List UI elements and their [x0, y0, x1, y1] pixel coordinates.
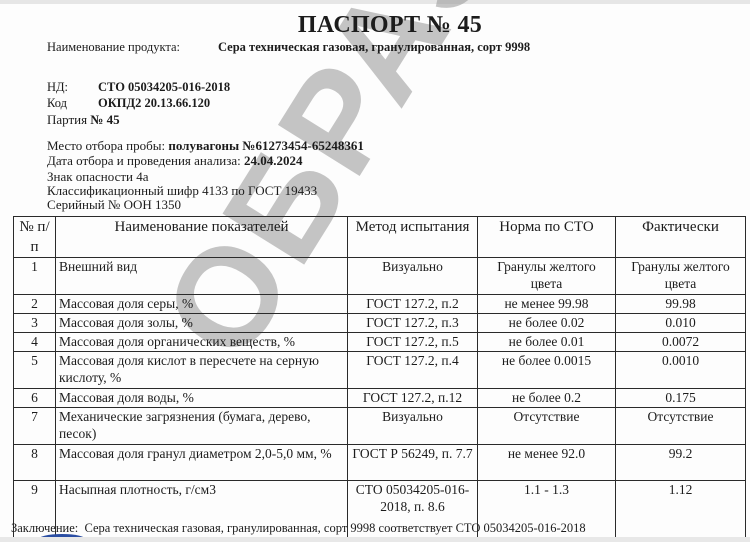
row-number: 2 [14, 295, 56, 314]
analysis-date-line: Дата отбора и проведения анализа: 24.04.… [47, 153, 302, 169]
row-norm: не более 0.01 [478, 333, 616, 352]
row-actual: 0.175 [616, 389, 746, 408]
row-number: 4 [14, 333, 56, 352]
row-method: ГОСТ 127.2, п.2 [348, 295, 478, 314]
row-actual: 99.98 [616, 295, 746, 314]
row-indicator: Массовая доля органических веществ, % [56, 333, 348, 352]
analysis-date-label: Дата отбора и проведения анализа: [47, 153, 241, 168]
bottom-edge [0, 537, 750, 542]
row-method: Визуально [348, 258, 478, 295]
row-norm: Отсутствие [478, 408, 616, 445]
row-actual: Гранулы желтого цвета [616, 258, 746, 295]
row-norm: не более 0.0015 [478, 352, 616, 389]
row-method: ГОСТ 127.2, п.3 [348, 314, 478, 333]
table-header-row: № п/п Наименование показателей Метод исп… [14, 217, 746, 258]
header-actual: Фактически [616, 217, 746, 258]
row-actual: 0.010 [616, 314, 746, 333]
header-norm: Норма по СТО [478, 217, 616, 258]
row-norm: не менее 99.98 [478, 295, 616, 314]
code-label: Код [47, 96, 67, 111]
conclusion-label: Заключение: [11, 521, 78, 535]
table-row: 1Внешний видВизуальноГранулы желтого цве… [14, 258, 746, 295]
row-indicator: Массовая доля серы, % [56, 295, 348, 314]
code-value: ОКПД2 20.13.66.120 [98, 96, 210, 111]
product-label: Наименование продукта: [47, 40, 180, 55]
row-actual: 99.2 [616, 445, 746, 481]
row-indicator: Механические загрязнения (бумага, дерево… [56, 408, 348, 445]
row-number: 5 [14, 352, 56, 389]
top-edge [0, 0, 750, 4]
quality-table: № п/п Наименование показателей Метод исп… [13, 216, 746, 538]
row-number: 6 [14, 389, 56, 408]
row-actual: 0.0072 [616, 333, 746, 352]
passport-title: ПАСПОРТ № 45 [0, 12, 750, 39]
nd-label: НД: [47, 80, 68, 95]
row-number: 7 [14, 408, 56, 445]
row-indicator: Массовая доля золы, % [56, 314, 348, 333]
row-method: ГОСТ 127.2, п.4 [348, 352, 478, 389]
sampling-place-label: Место отбора пробы: [47, 138, 165, 153]
row-norm: Гранулы желтого цвета [478, 258, 616, 295]
table-row: 8Массовая доля гранул диаметром 2,0-5,0 … [14, 445, 746, 481]
row-norm: не более 0.2 [478, 389, 616, 408]
header-method: Метод испытания [348, 217, 478, 258]
row-indicator: Внешний вид [56, 258, 348, 295]
header-number: № п/п [14, 217, 56, 258]
conclusion: Заключение: Сера техническая газовая, гр… [11, 521, 586, 536]
sampling-place-line: Место отбора пробы: полувагоны №61273454… [47, 138, 364, 154]
table-row: 2Массовая доля серы, %ГОСТ 127.2, п.2не … [14, 295, 746, 314]
row-actual: 1.12 [616, 481, 746, 538]
row-actual: Отсутствие [616, 408, 746, 445]
row-actual: 0.0010 [616, 352, 746, 389]
row-method: ГОСТ 127.2, п.5 [348, 333, 478, 352]
row-method: ГОСТ 127.2, п.12 [348, 389, 478, 408]
row-indicator: Массовая доля гранул диаметром 2,0-5,0 м… [56, 445, 348, 481]
batch-label: Партия [47, 112, 87, 127]
table-row: 4Массовая доля органических веществ, %ГО… [14, 333, 746, 352]
row-method: ГОСТ Р 56249, п. 7.7 [348, 445, 478, 481]
batch-line: Партия № 45 [47, 112, 120, 128]
row-number: 3 [14, 314, 56, 333]
row-indicator: Массовая доля воды, % [56, 389, 348, 408]
table-row: 7Механические загрязнения (бумага, дерев… [14, 408, 746, 445]
row-norm: не более 0.02 [478, 314, 616, 333]
batch-value: № 45 [90, 112, 119, 127]
table-row: 6Массовая доля воды, %ГОСТ 127.2, п.12не… [14, 389, 746, 408]
table-row: 3Массовая доля золы, %ГОСТ 127.2, п.3не … [14, 314, 746, 333]
row-number: 1 [14, 258, 56, 295]
header-indicator: Наименование показателей [56, 217, 348, 258]
row-number: 8 [14, 445, 56, 481]
row-indicator: Массовая доля кислот в пересчете на серн… [56, 352, 348, 389]
nd-value: СТО 05034205-016-2018 [98, 80, 230, 95]
un-serial-number: Серийный № ООН 1350 [47, 197, 181, 213]
row-norm: не менее 92.0 [478, 445, 616, 481]
row-method: Визуально [348, 408, 478, 445]
product-value: Сера техническая газовая, гранулированна… [218, 40, 530, 55]
conclusion-text: Сера техническая газовая, гранулированна… [84, 521, 585, 535]
table-row: 5Массовая доля кислот в пересчете на сер… [14, 352, 746, 389]
analysis-date-value: 24.04.2024 [244, 153, 303, 168]
sampling-place-value: полувагоны №61273454-65248361 [168, 138, 364, 153]
